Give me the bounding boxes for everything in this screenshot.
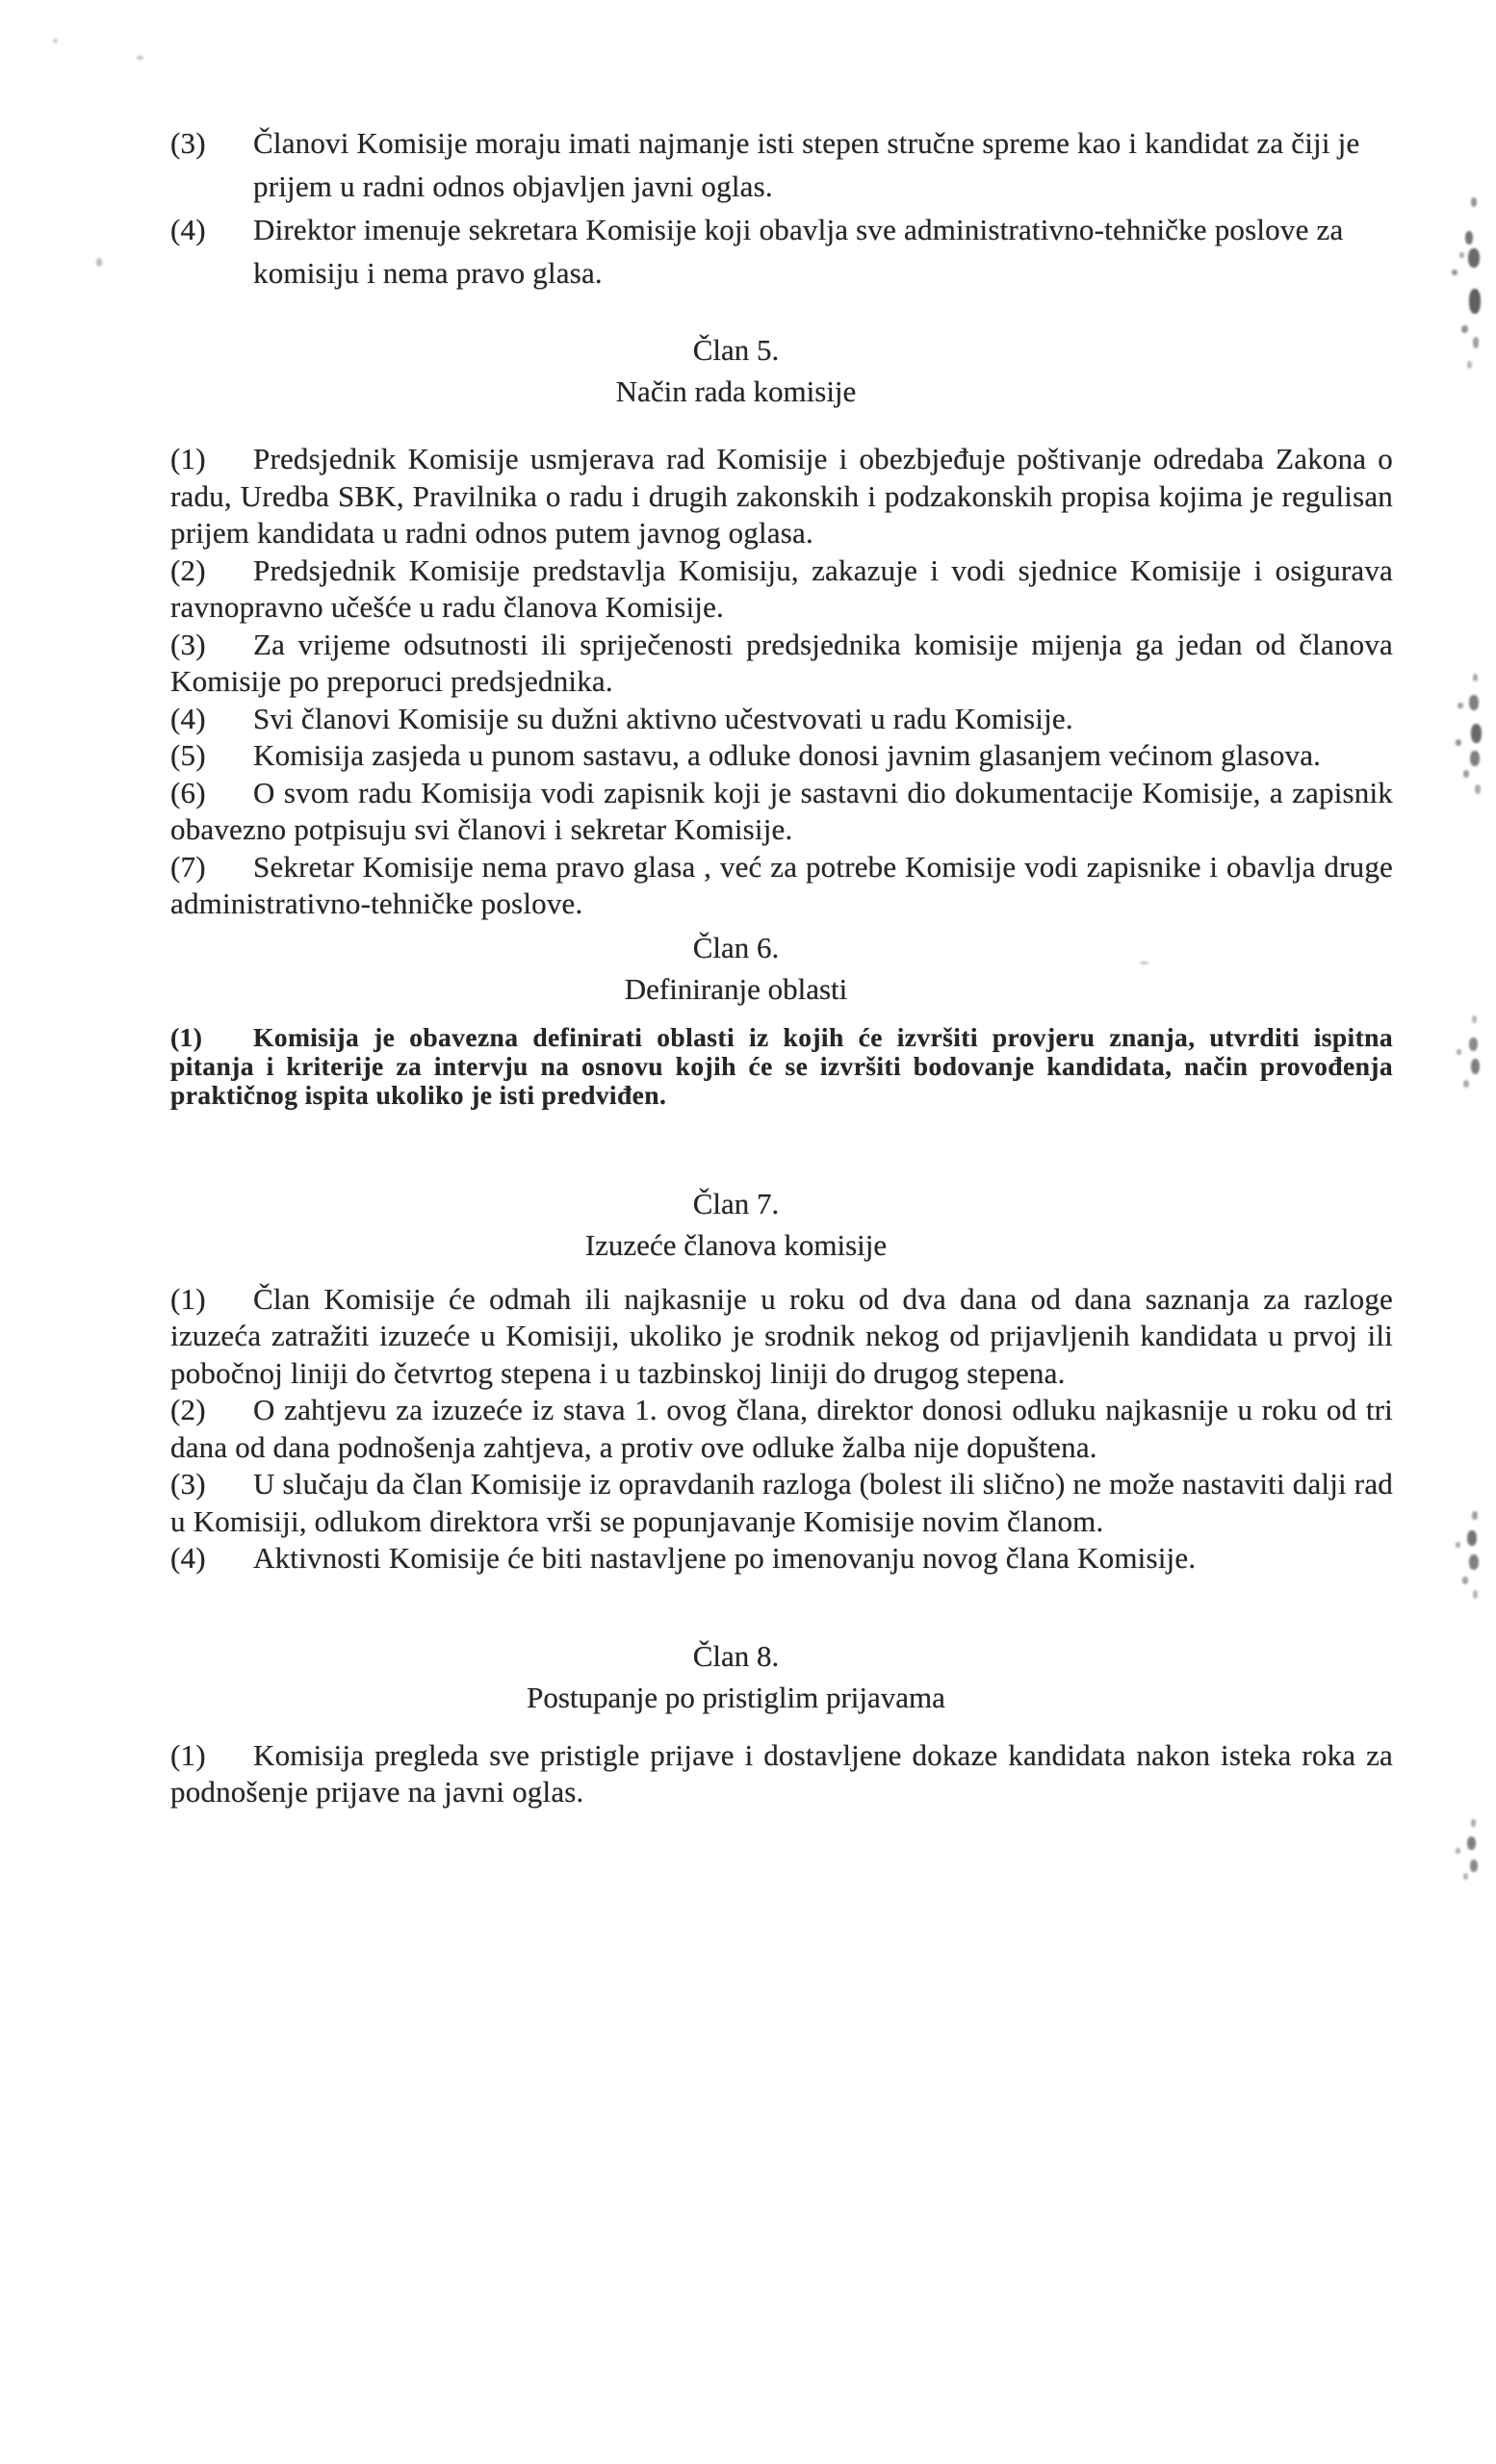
paragraph-text: Predsjednik Komisije usmjerava rad Komis… — [170, 442, 1393, 550]
paragraph-number: (4) — [170, 701, 253, 738]
paragraph-number: (4) — [170, 208, 253, 251]
paragraph: (4)Svi članovi Komisije su dužni aktivno… — [170, 701, 1393, 738]
scan-speck — [1475, 784, 1481, 794]
paragraph: (1)Komisija pregleda sve pristigle prija… — [170, 1737, 1393, 1811]
scan-speck — [1140, 962, 1148, 964]
article-subtitle: Izuzeće članova komisije — [170, 1224, 1302, 1266]
scan-speck — [1469, 1038, 1478, 1051]
scan-speck — [1469, 289, 1481, 314]
scan-speck — [1461, 325, 1468, 333]
paragraph: (2)Predsjednik Komisije predstavlja Komi… — [170, 552, 1393, 627]
paragraph-text: Član Komisije će odmah ili najkasnije u … — [170, 1282, 1393, 1390]
scan-speck — [1456, 1848, 1460, 1854]
paragraph-number: (1) — [170, 1281, 253, 1319]
scan-speck — [1463, 770, 1469, 778]
article-7-body: (1)Član Komisije će odmah ili najkasnije… — [170, 1281, 1393, 1578]
article-subtitle: Postupanje po pristiglim prijavama — [170, 1677, 1302, 1718]
paragraph-text: Članovi Komisije moraju imati najmanje i… — [253, 126, 1359, 203]
paragraph-number: (4) — [170, 1540, 253, 1578]
scan-speck — [1472, 1511, 1478, 1520]
article-title: Član 5. — [170, 329, 1302, 371]
article-title: Član 8. — [170, 1635, 1302, 1677]
scan-speck — [1462, 1577, 1468, 1584]
article-8-heading: Član 8. Postupanje po pristiglim prijava… — [170, 1635, 1393, 1718]
paragraph-text: Za vrijeme odsutnosti ili spriječenosti … — [170, 628, 1393, 699]
paragraph-text: Aktivnosti Komisije će biti nastavljene … — [253, 1541, 1196, 1575]
scan-speck — [137, 56, 143, 60]
article-5-heading: Član 5. Način rada komisije — [170, 329, 1393, 412]
scan-speck — [1472, 1015, 1477, 1023]
paragraph: (1)Predsjednik Komisije usmjerava rad Ko… — [170, 441, 1393, 552]
article-title: Član 6. — [170, 927, 1302, 968]
scan-speck — [1468, 248, 1480, 268]
paragraph-text: Komisija pregleda sve pristigle prijave … — [170, 1738, 1393, 1809]
document-text-block: (3)Članovi Komisije moraju imati najmanj… — [170, 0, 1393, 1811]
scan-speck — [1469, 1554, 1479, 1570]
paragraph: (4)Aktivnosti Komisije će biti nastavlje… — [170, 1540, 1393, 1578]
paragraph-number: (2) — [170, 1392, 253, 1429]
paragraph-number: (1) — [170, 1023, 253, 1052]
paragraph: (7)Sekretar Komisije nema pravo glasa , … — [170, 849, 1393, 923]
paragraph: (1)Komisija je obavezna definirati oblas… — [170, 1023, 1393, 1110]
article-5-body: (1)Predsjednik Komisije usmjerava rad Ko… — [170, 441, 1393, 923]
paragraph-number: (2) — [170, 552, 253, 590]
paragraph-text: O zahtjevu za izuzeće iz stava 1. ovog č… — [170, 1393, 1393, 1464]
scan-speck — [1470, 751, 1480, 766]
scan-speck — [1467, 1530, 1477, 1546]
article-title: Član 7. — [170, 1183, 1302, 1224]
paragraph: (6)O svom radu Komisija vodi zapisnik ko… — [170, 775, 1393, 849]
scan-speck — [1469, 695, 1479, 710]
paragraph-text: Sekretar Komisije nema pravo glasa , već… — [170, 850, 1393, 921]
scan-speck — [1473, 674, 1478, 681]
scan-speck — [1473, 1590, 1478, 1599]
intro-paragraphs: (3)Članovi Komisije moraju imati najmanj… — [170, 121, 1393, 295]
article-subtitle: Definiranje oblasti — [170, 968, 1302, 1010]
scan-speck — [1471, 1819, 1476, 1827]
scan-speck — [1471, 197, 1477, 207]
paragraph: (3)Za vrijeme odsutnosti ili spriječenos… — [170, 627, 1393, 701]
paragraph-number: (3) — [170, 627, 253, 664]
paragraph-text: Komisija je obavezna definirati oblasti … — [170, 1022, 1393, 1110]
article-subtitle: Način rada komisije — [170, 371, 1302, 412]
paragraph-number: (3) — [170, 1466, 253, 1503]
scan-speck — [1467, 1836, 1476, 1850]
scan-speck — [1457, 703, 1463, 708]
paragraph-number: (3) — [170, 121, 253, 165]
paragraph-text: Svi članovi Komisije su dužni aktivno uč… — [253, 702, 1073, 735]
paragraph-4: (4)Direktor imenuje sekretara Komisije k… — [170, 208, 1393, 295]
paragraph-number: (1) — [170, 1737, 253, 1775]
scan-speck — [53, 38, 58, 43]
scan-speck — [1470, 1860, 1478, 1872]
article-6-body: (1)Komisija je obavezna definirati oblas… — [170, 1023, 1393, 1110]
scan-speck — [1457, 1049, 1461, 1055]
paragraph: (2)O zahtjevu za izuzeće iz stava 1. ovo… — [170, 1392, 1393, 1466]
paragraph-number: (5) — [170, 737, 253, 775]
paragraph: (3)U slučaju da član Komisije iz opravda… — [170, 1466, 1393, 1540]
paragraph-3: (3)Članovi Komisije moraju imati najmanj… — [170, 121, 1393, 208]
paragraph-number: (6) — [170, 775, 253, 812]
paragraph-text: Komisija zasjeda u punom sastavu, a odlu… — [253, 738, 1321, 772]
paragraph-text: Direktor imenuje sekretara Komisije koji… — [253, 213, 1343, 290]
article-8-body: (1)Komisija pregleda sve pristigle prija… — [170, 1737, 1393, 1811]
scan-speck — [1465, 231, 1473, 244]
scan-speck — [1459, 252, 1464, 258]
scanned-document-page: (3)Članovi Komisije moraju imati najmanj… — [0, 0, 1496, 2464]
scan-speck — [1471, 724, 1482, 743]
scan-speck — [96, 258, 102, 267]
scan-speck — [1473, 337, 1479, 348]
paragraph-text: U slučaju da član Komisije iz opravdanih… — [170, 1467, 1393, 1538]
article-6-heading: Član 6. Definiranje oblasti — [170, 927, 1393, 1010]
paragraph-number: (1) — [170, 441, 253, 478]
scan-speck — [1467, 361, 1472, 369]
scan-speck — [1456, 739, 1461, 746]
scan-speck — [1463, 1080, 1469, 1088]
scan-speck — [1463, 1873, 1468, 1880]
paragraph: (1)Član Komisije će odmah ili najkasnije… — [170, 1281, 1393, 1393]
article-7-heading: Član 7. Izuzeće članova komisije — [170, 1183, 1393, 1266]
scan-speck — [1456, 1542, 1460, 1548]
scan-speck — [1452, 269, 1457, 275]
paragraph: (5)Komisija zasjeda u punom sastavu, a o… — [170, 737, 1393, 775]
paragraph-number: (7) — [170, 849, 253, 886]
paragraph-text: Predsjednik Komisije predstavlja Komisij… — [170, 553, 1393, 625]
paragraph-text: O svom radu Komisija vodi zapisnik koji … — [170, 776, 1393, 847]
scan-speck — [1471, 1059, 1480, 1074]
